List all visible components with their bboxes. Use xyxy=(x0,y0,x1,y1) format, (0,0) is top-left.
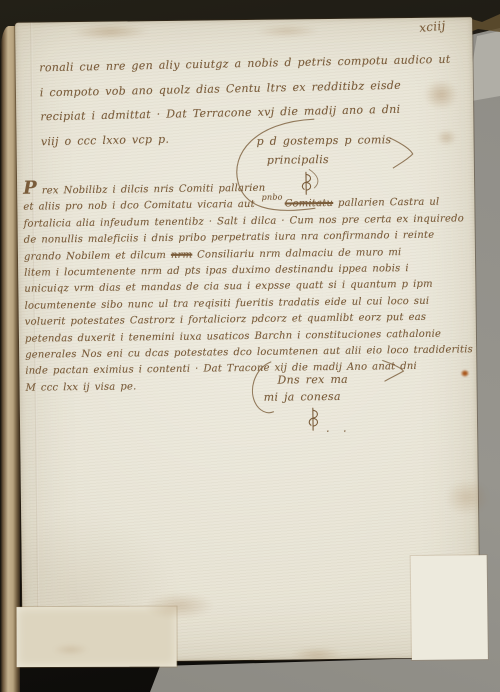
text-line: principalis xyxy=(267,149,392,170)
manuscript-photo: xciij ronali cue nre gen aliy cuiutgz a … xyxy=(0,0,500,692)
text-line: Dns rex ma xyxy=(277,371,348,389)
text-line: mi ja conesa xyxy=(264,388,349,406)
repair-patch-bottom-right xyxy=(411,555,488,660)
stain xyxy=(291,647,343,662)
paraph-icon xyxy=(306,407,322,431)
ink-dots: · · xyxy=(326,425,351,438)
struck-word: Comitatu xyxy=(285,198,334,210)
repair-patch-bottom-left xyxy=(17,607,177,668)
main-paragraph: P rex Nobilibz i dilcis nris Comiti pall… xyxy=(23,175,476,397)
manuscript-page: xciij ronali cue nre gen aliy cuiutgz a … xyxy=(15,17,480,663)
interlinear-insertion: pnbo xyxy=(262,193,283,202)
folio-number: xciij xyxy=(419,18,447,35)
text-line: p d gostemps p comis xyxy=(256,130,391,151)
struck-word: nrm xyxy=(171,249,192,260)
chancery-note-bottom: Dns rex ma mi ja conesa xyxy=(263,371,348,432)
